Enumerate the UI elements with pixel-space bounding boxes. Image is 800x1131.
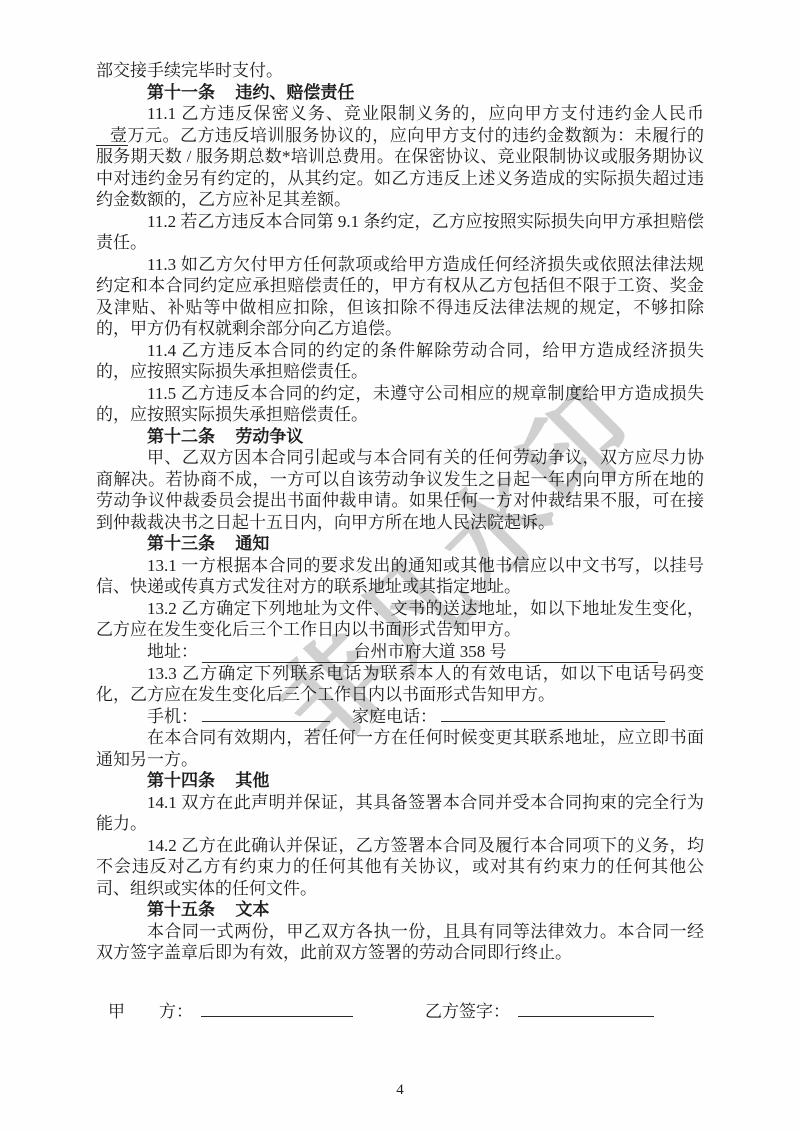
penalty-amount-underlined: 壹 [96,126,128,146]
article-15-number: 第十五条 [147,900,215,919]
article-13-number: 第十三条 [147,534,215,553]
party-a-signature-blank [201,1001,353,1017]
article-11-heading: 第十一条违约、赔偿责任 [96,82,704,104]
mobile-blank-field [202,706,330,722]
phone-row: 手机：家庭电话： [96,706,704,728]
clause-13-3: 13.3 乙方确定下列联系电话为联系本人的有效电话，如以下电话号码变化，乙方应在… [96,663,704,706]
address-value-field: 台州市府大道 358 号 [202,641,658,663]
mobile-label: 手机： [147,707,198,726]
article-12-heading: 第十二条劳动争议 [96,426,704,448]
clause-11-2: 11.2 若乙方违反本合同第 9.1 条约定，乙方应按照实际损失向甲方承担赔偿责… [96,211,704,254]
home-phone-label: 家庭电话： [352,707,437,726]
clause-11-1-text: 11.1 乙方违反保密义务、竞业限制义务的，应向甲方支付违约金人民币 [147,104,704,123]
clause-13-4: 在本合同有效期内，若任何一方在任何时候变更其联系地址，应立即书面通知另一方。 [96,727,704,770]
clause-11-3: 11.3 如乙方欠付甲方任何款项或给甲方造成任何经济损失或依照法律法规约定和本合… [96,254,704,340]
article-13-title: 通知 [235,534,269,553]
party-b-signature-blank [518,1001,654,1017]
article-15-heading: 第十五条文本 [96,899,704,921]
address-row: 地址：台州市府大道 358 号 [96,641,704,663]
clause-11-1-text-rest: 万元。乙方违反培训服务协议的，应向甲方支付的违约金数额为：未履行的服务期天数 /… [96,126,704,210]
article-14-number: 第十四条 [147,771,215,790]
clause-13-1: 13.1 一方根据本合同的要求发出的通知或其他书信应以中文书写，以挂号信、快递或… [96,555,704,598]
article-14-heading: 第十四条其他 [96,770,704,792]
clause-15-1: 本合同一式两份，甲乙双方各执一份，且具有同等法律效力。本合同一经双方签字盖章后即… [96,921,704,964]
clause-11-4: 11.4 乙方违反本合同的约定的条件解除劳动合同，给甲方造成经济损失的，应按照实… [96,340,704,383]
home-phone-blank-field [441,706,665,722]
address-label: 地址： [147,642,198,661]
clause-11-1: 11.1 乙方违反保密义务、竞业限制义务的，应向甲方支付违约金人民币壹万元。乙方… [96,103,704,211]
clause-12-1: 甲、乙双方因本合同引起或与本合同有关的任何劳动争议，双方应尽力协商解决。若协商不… [96,447,704,533]
contract-page: 非凡水印 部交接手续完毕时支付。 第十一条违约、赔偿责任 11.1 乙方违反保密… [0,0,800,1131]
continuation-line: 部交接手续完毕时支付。 [96,60,704,82]
article-14-title: 其他 [235,771,269,790]
article-15-title: 文本 [235,900,269,919]
contract-body: 部交接手续完毕时支付。 第十一条违约、赔偿责任 11.1 乙方违反保密义务、竞业… [0,0,800,1022]
article-11-title: 违约、赔偿责任 [235,83,354,102]
clause-13-2: 13.2 乙方确定下列地址为文件、文书的送达地址，如以下地址发生变化，乙方应在发… [96,598,704,641]
clause-14-2: 14.2 乙方在此确认并保证，乙方签署本合同及履行本合同项下的义务，均不会违反对… [96,835,704,900]
article-13-heading: 第十三条通知 [96,533,704,555]
clause-11-5: 11.5 乙方违反本合同的约定，未遵守公司相应的规章制度给甲方造成损失的，应按照… [96,383,704,426]
clause-14-1: 14.1 双方在此声明并保证，其具备签署本合同并受本合同拘束的完全行为能力。 [96,792,704,835]
page-number: 4 [0,1082,800,1099]
article-12-title: 劳动争议 [235,427,303,446]
article-12-number: 第十二条 [147,427,215,446]
signature-row: 甲 方：乙方签字： [96,1001,704,1023]
party-b-label: 乙方签字： [425,1002,510,1021]
article-11-number: 第十一条 [147,83,215,102]
party-a-label: 甲 方： [108,1002,193,1021]
